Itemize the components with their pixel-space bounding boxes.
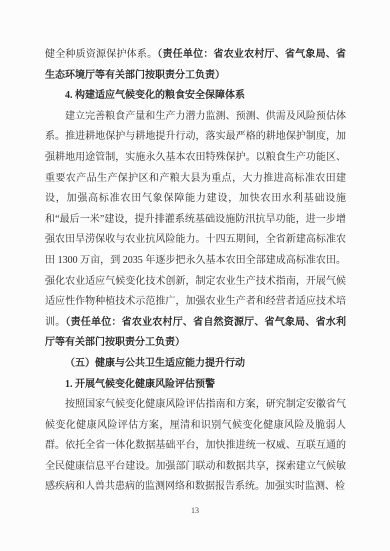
body-paragraph: 建立完善粮食产量和生产力潜力监测、预测、供需及风险预估体系。推进耕地保护与耕地提… [45, 107, 346, 354]
bold-text-run: 4. 构建适应气候变化的粮食安全保障体系 [65, 90, 245, 101]
text-run: 健全种质资源保护体系。 [45, 49, 157, 60]
bold-text-run: 1. 开展气候变化健康风险评估预警 [65, 379, 215, 390]
body-paragraph: 健全种质资源保护体系。（责任单位：省农业农村厅、省气象局、省生态环境厅等有关部门… [45, 45, 346, 86]
section-heading: （五）健康与公共卫生适应能力提升行动 [45, 354, 346, 375]
document-page: 健全种质资源保护体系。（责任单位：省农业农村厅、省气象局、省生态环境厅等有关部门… [0, 0, 390, 551]
bold-text-run: （五）健康与公共卫生适应能力提升行动 [65, 358, 245, 369]
document-body: 健全种质资源保护体系。（责任单位：省农业农村厅、省气象局、省生态环境厅等有关部门… [45, 45, 346, 498]
bold-text-run: （责任单位：省农业农村厅、省自然资源厅、省气象局、省水利厅等有关部门按职责分工负… [45, 317, 346, 349]
section-heading: 4. 构建适应气候变化的粮食安全保障体系 [45, 86, 346, 107]
section-heading: 1. 开展气候变化健康风险评估预警 [45, 375, 346, 396]
body-paragraph: 按照国家气候变化健康风险评估指南和方案，研究制定安徽省气候变化健康风险评估方案，… [45, 395, 346, 498]
text-run: 按照国家气候变化健康风险评估指南和方案，研究制定安徽省气候变化健康风险评估方案，… [45, 399, 346, 492]
text-run: 建立完善粮食产量和生产力潜力监测、预测、供需及风险预估体系。推进耕地保护与耕地提… [45, 111, 346, 328]
page-number: 13 [0, 506, 390, 515]
